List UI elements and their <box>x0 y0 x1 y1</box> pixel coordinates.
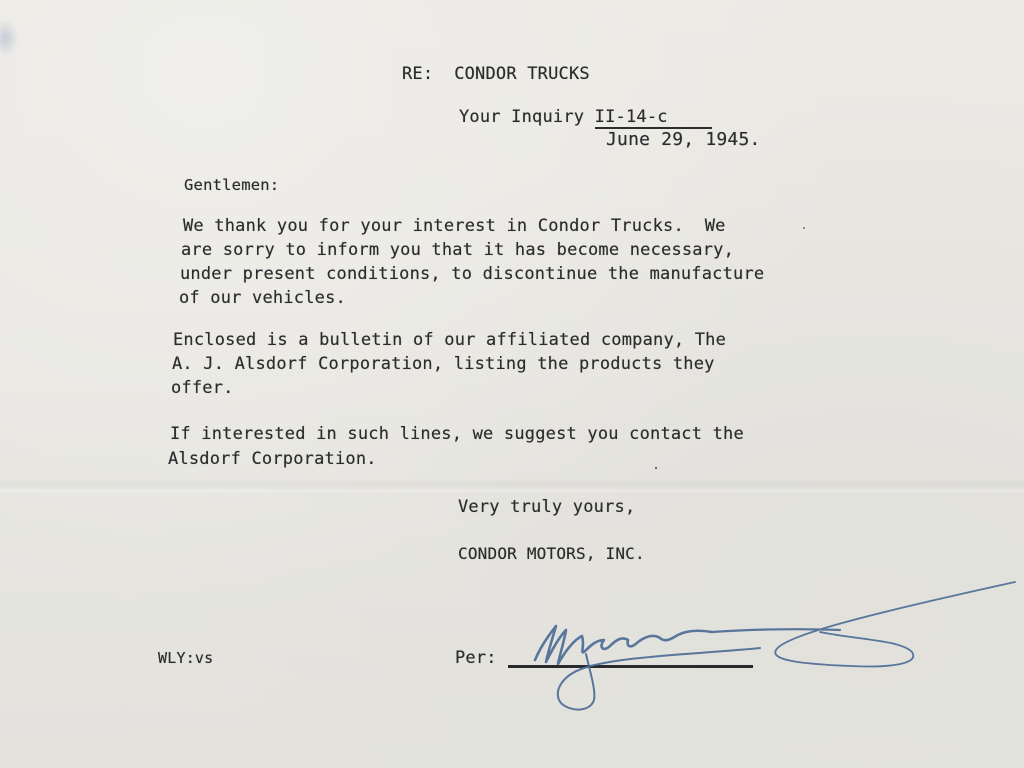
paragraph-line: of our vehicles. <box>179 286 346 310</box>
inquiry-label: Your Inquiry <box>459 107 584 127</box>
inquiry-reference: II-14-c <box>595 107 712 129</box>
paragraph-line: A. J. Alsdorf Corporation, listing the p… <box>172 352 715 376</box>
inquiry-line: Your Inquiry II-14-c <box>459 105 712 129</box>
re-label: RE: <box>402 64 433 84</box>
paragraph-line: Enclosed is a bulletin of our affiliated… <box>173 328 726 352</box>
company-name: CONDOR MOTORS, INC. <box>458 542 645 566</box>
closing: Very truly yours, <box>458 495 635 519</box>
salutation: Gentlemen: <box>184 173 279 197</box>
tape-residue <box>0 20 18 56</box>
paper-fold-crease <box>0 478 1024 492</box>
paragraph-line: We thank you for your interest in Condor… <box>183 214 726 238</box>
ink-speck <box>803 227 805 229</box>
ink-speck <box>655 467 657 469</box>
signature-line <box>508 665 753 668</box>
paragraph-line: under present conditions, to discontinue… <box>180 262 764 286</box>
letter-date: June 29, 1945. <box>606 128 761 152</box>
paragraph-line: offer. <box>171 376 234 400</box>
paragraph-line: If interested in such lines, we suggest … <box>170 422 744 446</box>
paragraph-line: Alsdorf Corporation. <box>168 447 377 471</box>
re-subject: CONDOR TRUCKS <box>454 64 590 84</box>
paragraph-line: are sorry to inform you that it has beco… <box>181 238 734 262</box>
per-label: Per: <box>455 646 497 670</box>
subject-line: RE: CONDOR TRUCKS <box>402 62 590 86</box>
typist-initials: WLY:vs <box>158 646 213 670</box>
